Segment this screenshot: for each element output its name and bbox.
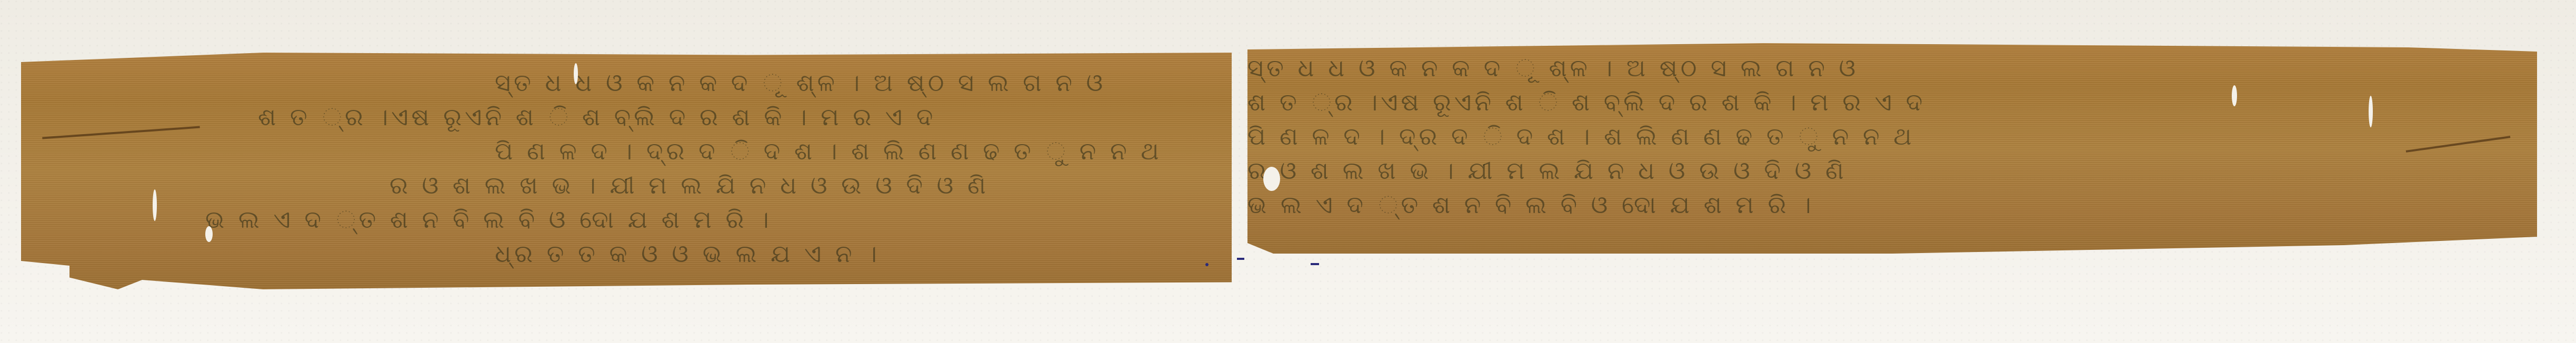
- script-line-5-right: ଭ ଲ ଏ ଦ ୍ତ ଶ ନ ବି ଲ ବି ଓ ଦୋ ଯ ଶ ମ ରି ।: [1247, 190, 1814, 220]
- insect-hole: [205, 226, 213, 242]
- ink-mark: [1237, 258, 1244, 260]
- script-line-4: ର ଓ ଶ ଲ ଖ ଭ । ଯୀ ମ ଲ ଯି ନ ଧ ଓ ଉ ଓ ଦି ଓ ଣ…: [390, 171, 989, 200]
- crack: [42, 126, 200, 139]
- script-line-5: ଭ ଲ ଏ ଦ ୍ତ ଶ ନ ବି ଲ ବି ଓ ଦୋ ଯ ଶ ମ ରି ।: [205, 205, 772, 235]
- insect-hole: [2232, 85, 2237, 106]
- insect-hole: [574, 63, 578, 84]
- script-line-3-right: ପି ଣ ଳ ଦ । ଦ୍ର ଦ ି ଦ ଶ । ଶ ଲି ଣ ଣ ଢ ତ ୁ …: [1247, 122, 1915, 152]
- string-hole: [1263, 167, 1280, 191]
- ink-mark: [1311, 263, 1319, 265]
- insect-hole: [153, 189, 157, 221]
- insect-hole: [2369, 96, 2373, 127]
- script-line-1: ସ୍ତ ଧ ଧ ଓ କ ନ କ ଦ ୂ ଶ୍ଳ । ଅ ଷ୍ଠ ସ ଲ ଗ ନ …: [495, 68, 1106, 98]
- palm-leaf-left-fragment: ସ୍ତ ଧ ଧ ଓ କ ନ କ ଦ ୂ ଶ୍ଳ । ଅ ଷ୍ଠ ସ ଲ ଗ ନ …: [21, 53, 1232, 289]
- script-line-2-right: ଶ ତ ୍ର ।ଏଷ ରୂଏନି ଶ ି ଶ ବ୍ଲି ଦ ର ଶ କି । ମ…: [1247, 88, 1925, 117]
- palm-leaf-right-fragment: ସ୍ତ ଧ ଧ ଓ କ ନ କ ଦ ୂ ଶ୍ଳ । ଅ ଷ୍ଠ ସ ଲ ଗ ନ …: [1247, 43, 2537, 254]
- script-line-1-right: ସ୍ତ ଧ ଧ ଓ କ ନ କ ଦ ୂ ଶ୍ଳ । ଅ ଷ୍ଠ ସ ଲ ଗ ନ …: [1247, 54, 1859, 83]
- script-line-6: ଧ୍ର ତ ତ କ ଓ ଓ ଭ ଲ ଯ ଏ ନ ।: [495, 239, 880, 269]
- ink-mark: [1205, 263, 1209, 266]
- crack: [2406, 136, 2511, 153]
- script-line-2: ଶ ତ ୍ର ।ଏଷ ରୂଏନି ଶ ି ଶ ବ୍ଲି ଦ ର ଶ କି । ମ…: [258, 103, 936, 132]
- script-line-3: ପି ଣ ଳ ଦ । ଦ୍ର ଦ ି ଦ ଶ । ଶ ଲି ଣ ଣ ଢ ତ ୁ …: [495, 137, 1162, 166]
- script-line-4-right: ର ଓ ଶ ଲ ଖ ଭ । ଯୀ ମ ଲ ଯି ନ ଧ ଓ ଉ ଓ ଦି ଓ ଣ…: [1247, 156, 1847, 186]
